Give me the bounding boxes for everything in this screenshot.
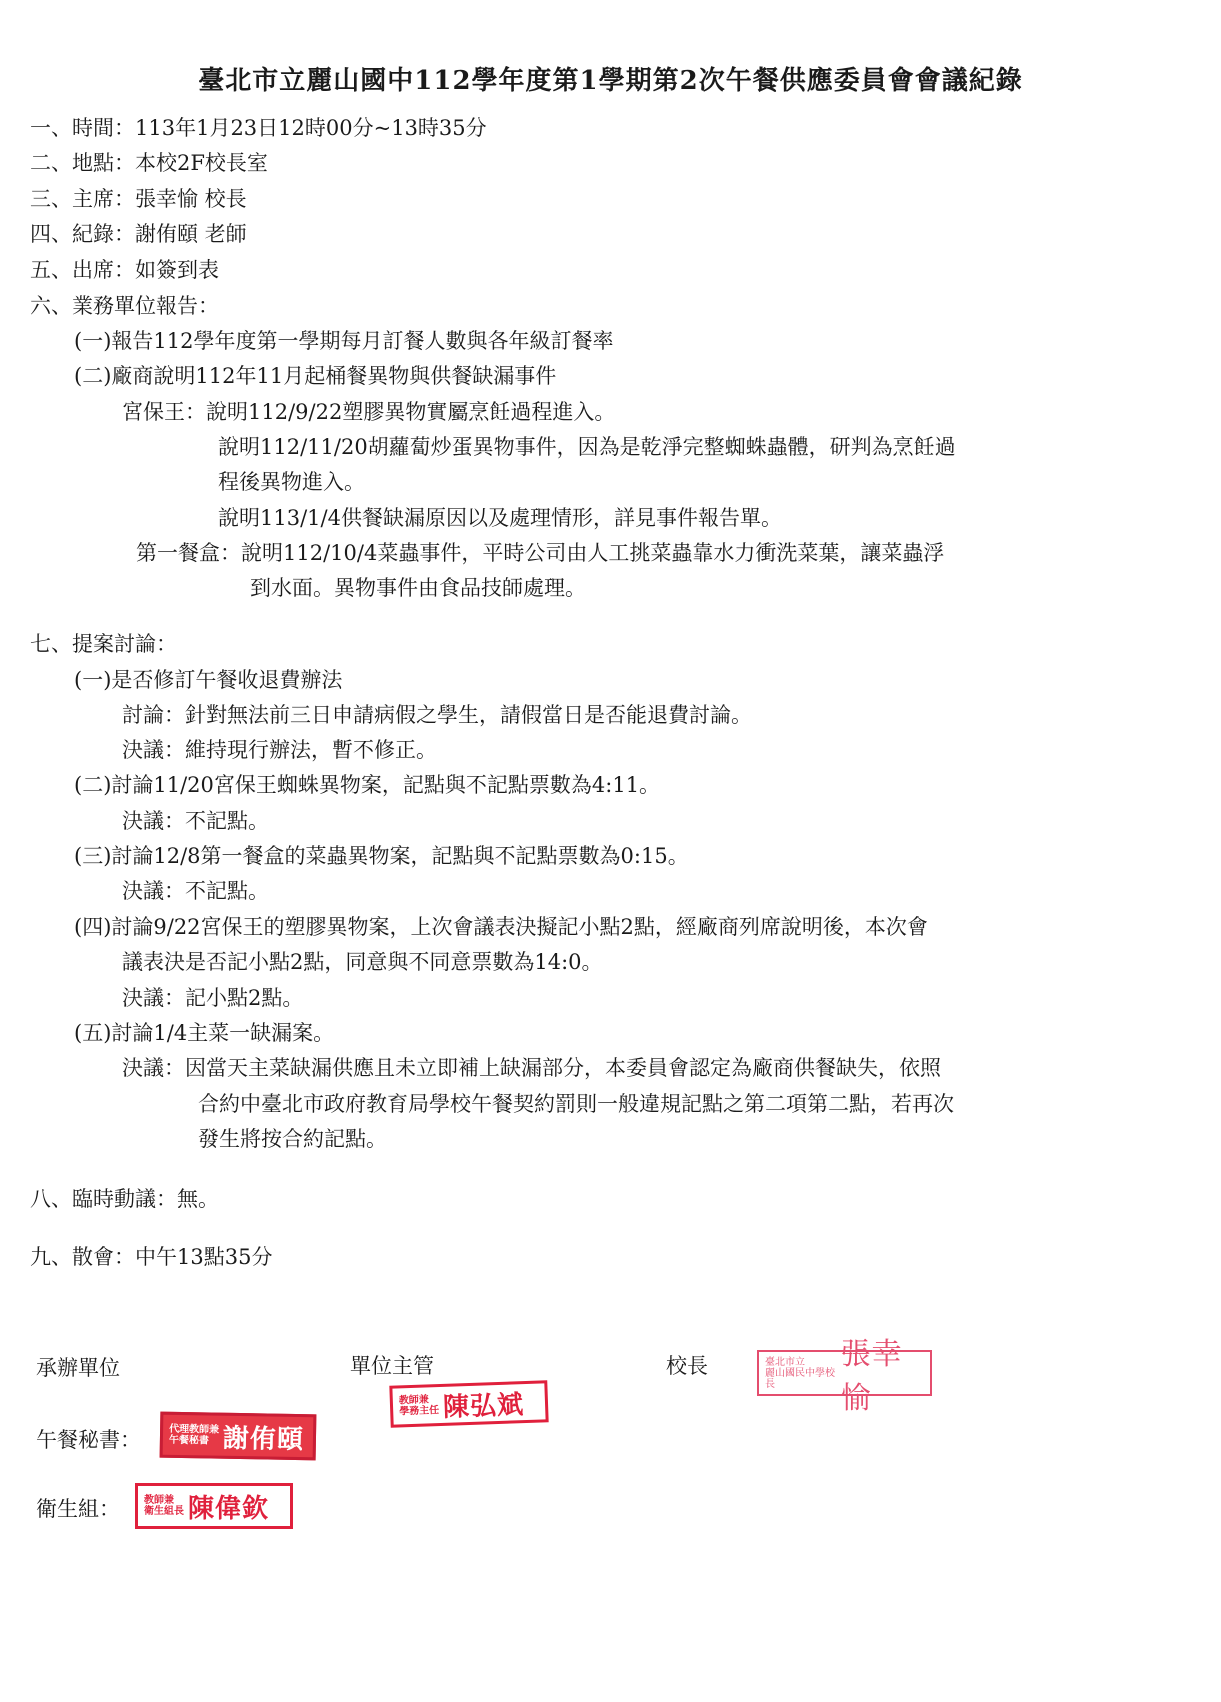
proposal-5-title: (五)討論1/4主菜一缺漏案。	[74, 1023, 334, 1044]
proposals-heading: 七、提案討論：	[30, 634, 177, 655]
lunch-secretary-label: 午餐秘書：	[36, 1424, 141, 1454]
report-2: (二)廠商說明112年11月起桶餐異物與供餐缺漏事件	[74, 366, 556, 387]
vendor-b-line-1b: 到水面。異物事件由食品技師處理。	[250, 578, 586, 599]
item-attendance: 五、出席：如簽到表	[30, 260, 219, 281]
proposal-1-resolution: 決議：維持現行辦法，暫不修正。	[122, 740, 437, 761]
item-time: 一、時間：113年1月23日12時00分~13時35分	[30, 118, 487, 139]
proposal-5-resolution: 決議：因當天主菜缺漏供應且未立即補上缺漏部分，本委員會認定為廠商供餐缺失，依照	[122, 1058, 941, 1079]
proposal-1-title: (一)是否修訂午餐收退費辦法	[74, 670, 342, 691]
health-section-label: 衛生組：	[36, 1493, 120, 1523]
organizer-label: 承辦單位	[36, 1352, 120, 1382]
item-place: 二、地點：本校2F校長室	[30, 153, 268, 174]
lunch-secretary-seal: 代理教師兼午餐秘書 謝侑頤	[160, 1412, 317, 1461]
supervisor-seal: 教師兼學務主任 陳弘斌	[389, 1380, 548, 1427]
vendor-a-line-2: 說明112/11/20胡蘿蔔炒蛋異物事件，因為是乾淨完整蜘蛛蟲體，研判為烹飪過	[218, 437, 956, 458]
proposal-5-resolution-cont2: 發生將按合約記點。	[198, 1129, 387, 1150]
supervisor-label: 單位主管	[350, 1350, 434, 1380]
vendor-b-line-1: 第一餐盒：說明112/10/4菜蟲事件，平時公司由人工挑菜蟲靠水力衝洗菜葉，讓菜…	[136, 543, 944, 564]
proposal-4-title: (四)討論9/22宮保王的塑膠異物案，上次會議表決擬記小點2點，經廠商列席說明後…	[74, 917, 928, 938]
proposal-4-title-cont: 議表決是否記小點2點，同意與不同意票數為14:0。	[122, 952, 603, 973]
reports-heading: 六、業務單位報告：	[30, 296, 219, 317]
vendor-a-line-3: 說明113/1/4供餐缺漏原因以及處理情形，詳見事件報告單。	[218, 508, 782, 529]
principal-seal: 臺北市立麗山國民中學校長 張幸愉	[757, 1350, 932, 1396]
meeting-minutes-page: 臺北市立麗山國中112學年度第1學期第2次午餐供應委員會會議紀錄 一、時間：11…	[0, 0, 1221, 1702]
principal-label: 校長	[666, 1350, 708, 1380]
vendor-a-line-1: 宮保王：說明112/9/22塑膠異物實屬烹飪過程進入。	[122, 402, 615, 423]
proposal-2-resolution: 決議：不記點。	[122, 811, 269, 832]
item-recorder: 四、紀錄：謝侑頤 老師	[30, 224, 247, 245]
proposal-2-title: (二)討論11/20宮保王蜘蛛異物案，記點與不記點票數為4:11。	[74, 775, 660, 796]
vendor-a-line-2b: 程後異物進入。	[218, 472, 365, 493]
extempore-motions: 八、臨時動議：無。	[30, 1189, 219, 1210]
proposal-3-resolution: 決議：不記點。	[122, 881, 269, 902]
adjournment: 九、散會：中午13點35分	[30, 1247, 272, 1268]
report-1: (一)報告112學年度第一學期每月訂餐人數與各年級訂餐率	[74, 331, 613, 352]
proposal-1-discussion: 討論：針對無法前三日申請病假之學生，請假當日是否能退費討論。	[122, 705, 752, 726]
item-chair: 三、主席：張幸愉 校長	[30, 189, 247, 210]
health-section-seal: 教師兼衛生組長 陳偉欽	[135, 1483, 293, 1529]
document-title: 臺北市立麗山國中112學年度第1學期第2次午餐供應委員會會議紀錄	[0, 60, 1221, 97]
proposal-4-resolution: 決議：記小點2點。	[122, 988, 303, 1009]
proposal-5-resolution-cont: 合約中臺北市政府教育局學校午餐契約罰則一般違規記點之第二項第二點，若再次	[198, 1094, 954, 1115]
proposal-3-title: (三)討論12/8第一餐盒的菜蟲異物案，記點與不記點票數為0:15。	[74, 846, 689, 867]
